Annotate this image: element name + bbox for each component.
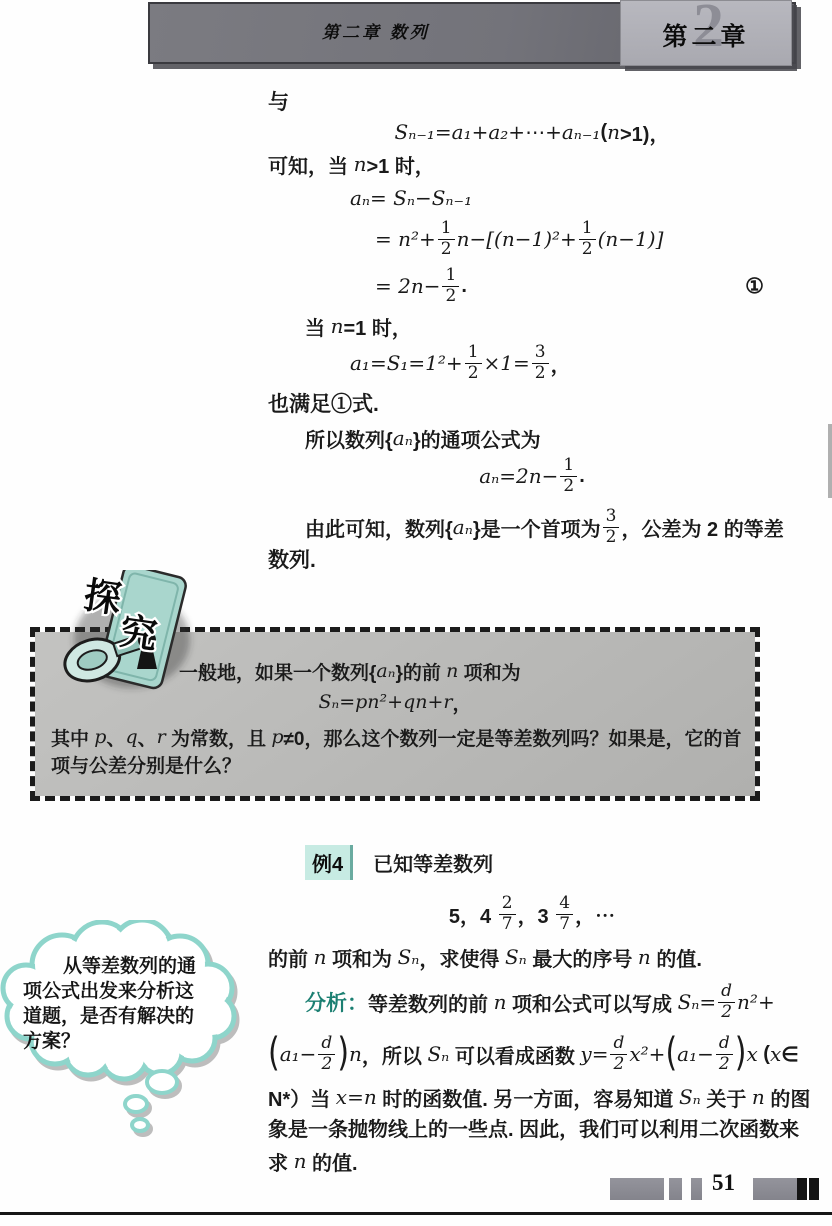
text-line-also-satisfies: 也满足①式. [268,392,796,420]
thought-bubble: 从等差数列的通 项公式出发来分析这 道题，是否有解决的 方案？ [0,920,245,1148]
bubble-line: 从等差数列的通 [23,954,225,979]
bottom-rule [0,1212,832,1215]
text-line-with: 与 [268,90,796,116]
explore-line-1: 一般地，如果一个数列{aₙ}的前 n 项和为 [179,656,739,686]
footer-bar-long [610,1178,664,1200]
footer-bar-right [753,1178,797,1200]
example-heading: 例4 已知等差数列 [268,843,796,881]
explore-key-icon: 探 究 [58,570,198,705]
bubble-line: 方案？ [23,1029,225,1054]
footer-square-2 [691,1178,702,1200]
footer-square-1 [669,1178,682,1200]
text-line-conclusion-2: 数列. [268,548,796,574]
analysis-line-1: 分析： 等差数列的前 n 项和公式可以写成 Sₙ=d2n²+ [268,977,796,1027]
formula-a1: a₁=S₁=1²+12×1=32， [350,340,796,386]
analysis-line-1-body: 等差数列的前 n 项和公式可以写成 Sₙ=d2n²+ [368,983,775,1022]
footer-black-square-1 [797,1178,807,1200]
formula-an-definition: aₙ= Sₙ−Sₙ₋₁ [350,182,796,214]
explore-char-tan: 探 [81,575,123,621]
analysis-label: 分析： [305,987,368,1017]
equation-number: ① [745,274,764,299]
footer-black-square-2 [809,1178,819,1200]
example-question: 的前 n 项和为 Sₙ，求使得 Sₙ 最大的序号 n 的值. [268,943,796,971]
formula-sn-minus-1: Sₙ₋₁=a₁+a₂+⋯+aₙ₋₁(n>1)， [268,116,796,148]
example-label: 例4 [305,845,353,880]
example-section: 例4 已知等差数列 5，4 27，3 47，⋯ 的前 n 项和为 Sₙ，求使得 … [268,843,796,1175]
textbook-page: 第二章 数列 2 第二章 与 Sₙ₋₁=a₁+a₂+⋯+aₙ₋₁(n>1)， 可… [0,0,832,1226]
chapter-band-title: 第二章 数列 [322,4,430,62]
analysis-line-4: 象是一条抛物线上的一些点. 因此，我们可以利用二次函数来 [268,1113,796,1141]
page-edge-mark [828,424,832,498]
formula-general-term: aₙ=2n−12. [268,454,796,498]
formula-result-body: = 2n−12. [375,267,467,306]
explore-line-3: 其中 p、q、r 为常数，且 p≠0，那么这个数列一定是等差数列吗？如果是，它的… [51,722,739,752]
example-sequence: 5，4 27，3 47，⋯ [268,889,796,939]
text-line-therefore: 所以数列{aₙ}的通项公式为 [268,424,796,452]
formula-expansion: = n²+12n−[(n−1)²+12(n−1)] [375,216,796,262]
analysis-line-2: (a₁−d2)n，所以 Sₙ 可以看成函数 y=d2x²+(a₁−d2)x (x… [268,1029,796,1079]
page-number: 51 [712,1170,735,1196]
text-line-conclusion-1: 由此可知，数列{aₙ}是一个首项为32，公差为 2 的等差 [268,506,796,548]
bubble-line: 项公式出发来分析这 [23,979,225,1004]
analysis-line-3: N*）当 x=n 时的函数值. 另一方面，容易知道 Sₙ 关于 n 的图 [268,1083,796,1111]
chapter-box-label: 第二章 [621,17,791,53]
explore-line-4: 项与公差分别是什么？ [51,754,739,784]
bubble-line: 道题，是否有解决的 [23,1004,225,1029]
example-intro: 已知等差数列 [373,848,493,877]
formula-result: = 2n−12. ① [375,264,796,308]
bubble-text: 从等差数列的通 项公式出发来分析这 道题，是否有解决的 方案？ [23,954,225,1054]
chapter-header: 第二章 数列 2 第二章 [148,2,796,64]
text-line-kezhi: 可知，当 n>1 时， [268,150,796,178]
chapter-box: 2 第二章 [620,0,792,66]
explore-char-jiu: 究 [117,610,159,657]
solution-section: 与 Sₙ₋₁=a₁+a₂+⋯+aₙ₋₁(n>1)， 可知，当 n>1 时， aₙ… [268,90,796,574]
text-line-when-n1: 当 n=1 时， [268,312,796,340]
